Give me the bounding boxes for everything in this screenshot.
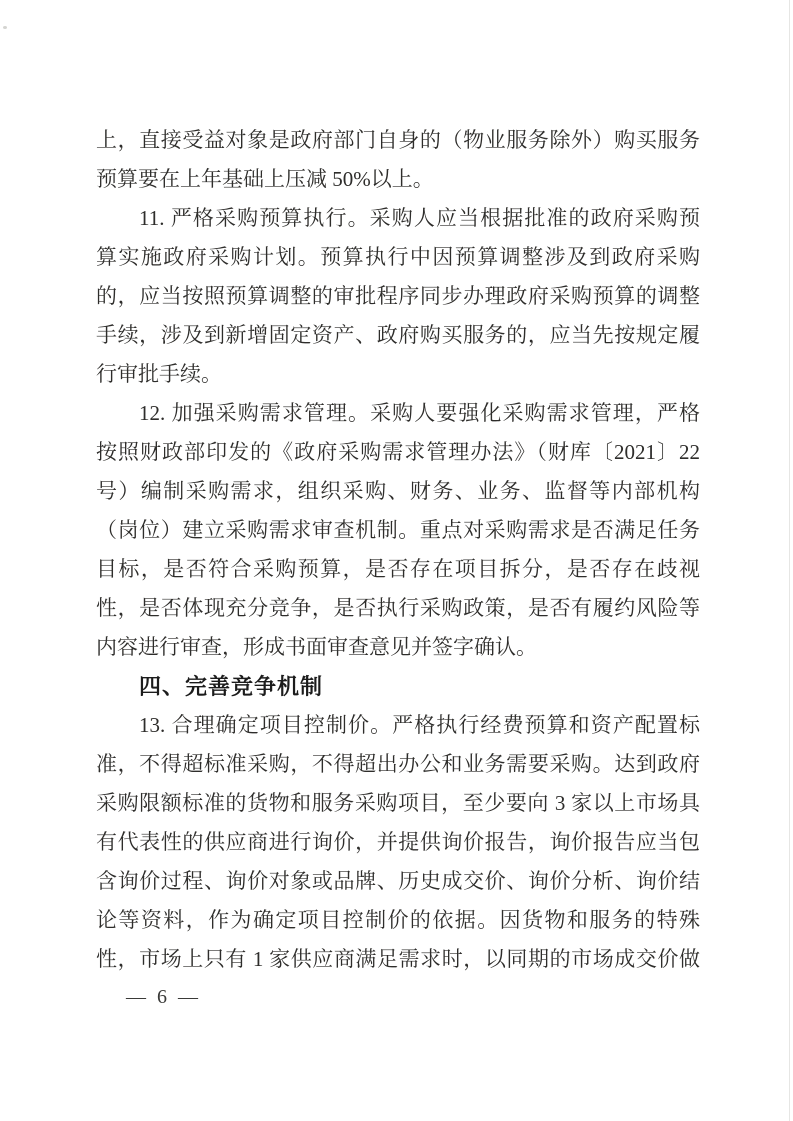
text-line: （岗位）建立采购需求审查机制。重点对采购需求是否满足任务 [96,511,700,550]
text-line: 算实施政府采购计划。预算执行中因预算调整涉及到政府采购 [96,238,700,277]
text-line: 含询价过程、询价对象或品牌、历史成交价、询价分析、询价结 [96,862,700,901]
text-line: 性，是否体现充分竞争，是否执行采购政策，是否有履约风险等 [96,589,700,628]
text-line-item-11: 11. 严格采购预算执行。采购人应当根据批准的政府采购预 [96,199,700,238]
text-line: 内容进行审查，形成书面审查意见并签字确认。 [96,628,700,667]
scan-page-edge [789,0,790,1121]
text-line-item-13: 13. 合理确定项目控制价。严格执行经费预算和资产配置标 [96,706,700,745]
text-line: 准，不得超标准采购，不得超出办公和业务需要采购。达到政府 [96,745,700,784]
text-line: 目标，是否符合采购预算，是否存在项目拆分，是否存在歧视 [96,550,700,589]
text-line: 按照财政部印发的《政府采购需求管理办法》（财库〔2021〕22 [96,433,700,472]
text-line: 采购限额标准的货物和服务采购项目，至少要向 3 家以上市场具 [96,784,700,823]
text-line: 有代表性的供应商进行询价，并提供询价报告，询价报告应当包 [96,823,700,862]
text-line-item-12: 12. 加强采购需求管理。采购人要强化采购需求管理，严格 [96,394,700,433]
text-line: 论等资料，作为确定项目控制价的依据。因货物和服务的特殊 [96,901,700,940]
document-body: 上，直接受益对象是政府部门自身的（物业服务除外）购买服务 预算要在上年基础上压减… [96,121,700,979]
scan-artifact-speck [3,26,7,29]
text-line: 上，直接受益对象是政府部门自身的（物业服务除外）购买服务 [96,121,700,160]
page-number: — 6 — [126,986,201,1009]
text-line: 性，市场上只有 1 家供应商满足需求时，以同期的市场成交价做 [96,940,700,979]
text-line: 号）编制采购需求，组织采购、财务、业务、监督等内部机构 [96,472,700,511]
text-line: 的，应当按照预算调整的审批程序同步办理政府采购预算的调整 [96,277,700,316]
section-heading: 四、完善竞争机制 [96,667,700,706]
text-line: 行审批手续。 [96,355,700,394]
text-line: 手续，涉及到新增固定资产、政府购买服务的，应当先按规定履 [96,316,700,355]
text-line: 预算要在上年基础上压减 50%以上。 [96,160,700,199]
scanned-document-page: 上，直接受益对象是政府部门自身的（物业服务除外）购买服务 预算要在上年基础上压减… [0,0,793,1121]
